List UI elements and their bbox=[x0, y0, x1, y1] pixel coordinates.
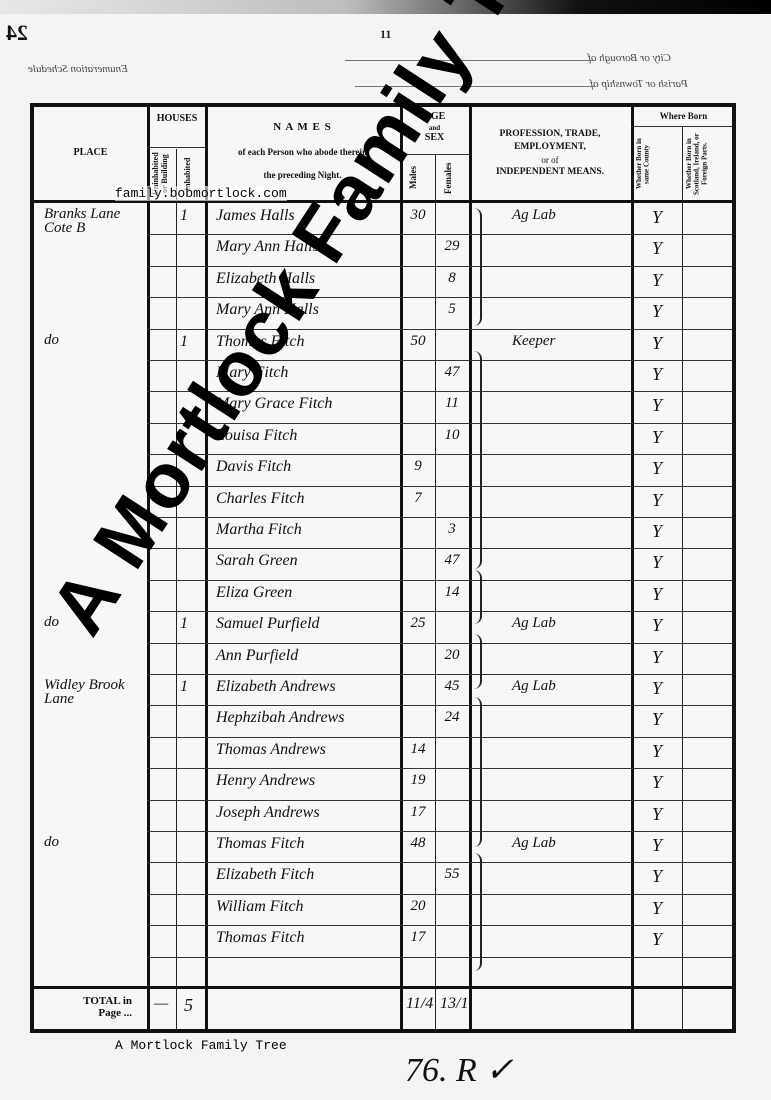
row-rule bbox=[147, 486, 732, 487]
row-rule bbox=[147, 517, 732, 518]
row-male-age: 48 bbox=[400, 835, 436, 852]
row-female-age: 29 bbox=[434, 238, 470, 255]
row-place: do bbox=[44, 835, 144, 849]
row-male-age: 14 bbox=[400, 741, 436, 758]
row-born-same-county: Y bbox=[639, 270, 675, 291]
total-females: 13/1 bbox=[440, 995, 468, 1013]
bracket-family-fitch-2 bbox=[474, 853, 482, 971]
header-where-born: Where Born bbox=[631, 111, 736, 121]
row-born-same-county: Y bbox=[639, 804, 675, 825]
row-rule bbox=[147, 234, 732, 235]
watermark-caption: A Mortlock Family Tree bbox=[115, 1038, 287, 1053]
row-born-same-county: Y bbox=[639, 238, 675, 259]
row-born-same-county: Y bbox=[639, 458, 675, 479]
row-born-same-county: Y bbox=[639, 772, 675, 793]
row-rule bbox=[147, 737, 732, 738]
watermark-url: family.bobmortlock.com bbox=[115, 186, 287, 201]
bracket-family-green bbox=[474, 570, 482, 624]
row-born-same-county: Y bbox=[639, 898, 675, 919]
center-folio-number: 11 bbox=[380, 27, 391, 42]
row-female-age: 10 bbox=[434, 427, 470, 444]
row-person-name: Ann Purfield bbox=[216, 647, 298, 665]
row-born-same-county: Y bbox=[639, 521, 675, 542]
col-divider bbox=[631, 107, 634, 1029]
row-born-same-county: Y bbox=[639, 364, 675, 385]
row-rule bbox=[147, 831, 732, 832]
row-rule bbox=[147, 957, 732, 958]
col-divider bbox=[205, 107, 208, 1029]
row-female-age: 14 bbox=[434, 584, 470, 601]
total-uninhabited: — bbox=[154, 995, 168, 1013]
total-inhabited: 5 bbox=[184, 995, 193, 1016]
row-rule bbox=[147, 705, 732, 706]
row-profession: Ag Lab bbox=[512, 835, 556, 852]
total-males: 11/4 bbox=[406, 995, 433, 1013]
row-born-same-county: Y bbox=[639, 647, 675, 668]
row-rule bbox=[147, 768, 732, 769]
row-female-age: 20 bbox=[434, 647, 470, 664]
col-divider bbox=[400, 107, 403, 1029]
row-place: do bbox=[44, 333, 144, 347]
row-born-same-county: Y bbox=[639, 584, 675, 605]
row-rule bbox=[147, 266, 732, 267]
header-profession-2: EMPLOYMENT, bbox=[469, 142, 631, 153]
bracket-family-andrews bbox=[474, 697, 482, 847]
row-born-same-county: Y bbox=[639, 741, 675, 762]
row-female-age: 47 bbox=[434, 364, 470, 381]
row-rule bbox=[147, 580, 732, 581]
handwritten-folio-note: 76. R ✓ bbox=[405, 1050, 514, 1090]
row-rule bbox=[147, 548, 732, 549]
row-born-same-county: Y bbox=[639, 207, 675, 228]
row-rule bbox=[147, 643, 732, 644]
bracket-family-purfield bbox=[474, 634, 482, 689]
row-male-age: 9 bbox=[400, 458, 436, 475]
row-person-name: Henry Andrews bbox=[216, 772, 315, 790]
row-person-name: Eliza Green bbox=[216, 584, 292, 602]
row-rule bbox=[147, 862, 732, 863]
row-born-same-county: Y bbox=[639, 552, 675, 573]
header-profession-1: PROFESSION, TRADE, bbox=[469, 129, 631, 140]
row-person-name: Martha Fitch bbox=[216, 521, 302, 539]
row-inhabited-count: 1 bbox=[180, 615, 188, 633]
row-female-age: 3 bbox=[434, 521, 470, 538]
row-female-age: 47 bbox=[434, 552, 470, 569]
mirrored-header-right-1: City or Borough of bbox=[588, 52, 671, 64]
row-rule bbox=[147, 800, 732, 801]
totals-rule bbox=[34, 986, 732, 989]
header-profession-4: INDEPENDENT MEANS. bbox=[469, 167, 631, 178]
header-sub-rule bbox=[147, 147, 205, 148]
row-place: Branks Lane Cote B bbox=[44, 207, 144, 235]
row-female-age: 55 bbox=[434, 866, 470, 883]
row-rule bbox=[147, 674, 732, 675]
row-male-age: 17 bbox=[400, 929, 436, 946]
row-born-same-county: Y bbox=[639, 929, 675, 950]
row-born-same-county: Y bbox=[639, 709, 675, 730]
row-born-same-county: Y bbox=[639, 301, 675, 322]
bracket-family-fitch bbox=[474, 351, 482, 569]
row-female-age: 5 bbox=[434, 301, 470, 318]
header-profession-3: or of bbox=[469, 155, 631, 165]
row-profession: Ag Lab bbox=[512, 678, 556, 695]
row-person-name: Elizabeth Andrews bbox=[216, 678, 336, 696]
row-male-age: 25 bbox=[400, 615, 436, 632]
row-born-same-county: Y bbox=[639, 395, 675, 416]
row-profession: Ag Lab bbox=[512, 615, 556, 632]
row-male-age: 20 bbox=[400, 898, 436, 915]
row-person-name: Thomas Fitch bbox=[216, 929, 304, 947]
row-person-name: Thomas Fitch bbox=[216, 835, 304, 853]
row-born-same-county: Y bbox=[639, 678, 675, 699]
row-person-name: Sarah Green bbox=[216, 552, 298, 570]
row-male-age: 50 bbox=[400, 333, 436, 350]
row-male-age: 19 bbox=[400, 772, 436, 789]
col-divider bbox=[176, 149, 177, 1029]
row-place: Widley Brook Lane bbox=[44, 678, 144, 706]
row-person-name: Charles Fitch bbox=[216, 490, 304, 508]
row-born-same-county: Y bbox=[639, 427, 675, 448]
row-male-age: 17 bbox=[400, 804, 436, 821]
header-born-same-county: Whether Born in same County bbox=[636, 131, 676, 197]
row-born-same-county: Y bbox=[639, 490, 675, 511]
header-houses: HOUSES bbox=[147, 113, 207, 125]
row-female-age: 24 bbox=[434, 709, 470, 726]
row-male-age: 30 bbox=[400, 207, 436, 224]
row-born-same-county: Y bbox=[639, 835, 675, 856]
row-male-age: 7 bbox=[400, 490, 436, 507]
row-person-name: William Fitch bbox=[216, 898, 304, 916]
row-inhabited-count: 1 bbox=[180, 207, 188, 225]
bracket-family-halls bbox=[474, 208, 482, 326]
header-born-elsewhere: Whether Born in Scotland, Ireland, or Fo… bbox=[686, 131, 732, 197]
scan-top-edge bbox=[0, 0, 771, 14]
header-place: PLACE bbox=[34, 147, 147, 159]
row-person-name: Thomas Andrews bbox=[216, 741, 326, 759]
totals-label: TOTAL in Page ... bbox=[54, 995, 132, 1019]
row-profession: Keeper bbox=[512, 333, 555, 350]
row-person-name: Elizabeth Fitch bbox=[216, 866, 314, 884]
row-born-same-county: Y bbox=[639, 866, 675, 887]
row-rule bbox=[147, 611, 732, 612]
row-rule bbox=[147, 894, 732, 895]
totals-label-2: Page ... bbox=[54, 1007, 132, 1019]
row-female-age: 11 bbox=[434, 395, 470, 412]
row-rule bbox=[147, 925, 732, 926]
row-person-name: Joseph Andrews bbox=[216, 804, 320, 822]
row-female-age: 45 bbox=[434, 678, 470, 695]
row-inhabited-count: 1 bbox=[180, 678, 188, 696]
totals-label-1: TOTAL in bbox=[54, 995, 132, 1007]
mirrored-header-left: Enumeration Schedule bbox=[28, 63, 128, 75]
row-born-same-county: Y bbox=[639, 333, 675, 354]
row-female-age: 8 bbox=[434, 270, 470, 287]
mirrored-header-right-2: Parish or Township of bbox=[590, 78, 688, 90]
page-number: 24 bbox=[6, 20, 28, 46]
row-person-name: Hephzibah Andrews bbox=[216, 709, 344, 727]
row-person-name: Samuel Purfield bbox=[216, 615, 320, 633]
row-inhabited-count: 1 bbox=[180, 333, 188, 351]
header-sub-rule bbox=[631, 126, 732, 127]
row-profession: Ag Lab bbox=[512, 207, 556, 224]
row-born-same-county: Y bbox=[639, 615, 675, 636]
header-females: Females bbox=[444, 159, 462, 197]
